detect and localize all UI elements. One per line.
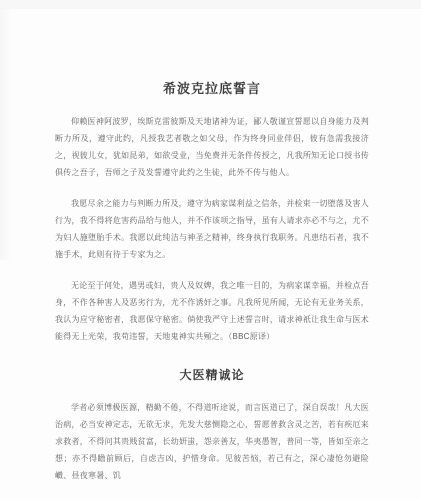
doc-title-hippocratic-oath: 希波克拉底誓言 [55, 78, 369, 97]
page-left-edge [0, 0, 12, 260]
oath-paragraph-2: 我愿尽余之能力与判断力所及，遵守为病家谋利益之信条，并检束一切堕落及害人行为，我… [55, 195, 369, 263]
great-physician-paragraph-1: 学者必须博极医源，精勤不倦，不得道听途说，而言医道已了，深自误哉！凡大医治病，必… [55, 399, 369, 484]
oath-paragraph-3: 无论至于何处，遇男或妇，贵人及奴婢，我之唯一目的，为病家谋幸福，并检点吾身，不作… [55, 277, 369, 345]
document-page: 希波克拉底誓言 仰赖医神阿波罗，埃斯克雷彼斯及天地诸神为证，鄙人敬谨宣誓愿以自身… [0, 0, 421, 500]
doc-title-great-physician-sincerity: 大医精诚论 [55, 366, 369, 383]
page-top-edge [0, 0, 421, 9]
oath-paragraph-1: 仰赖医神阿波罗，埃斯克雷彼斯及天地诸神为证，鄙人敬谨宣誓愿以自身能力及判断力所及… [55, 113, 369, 181]
